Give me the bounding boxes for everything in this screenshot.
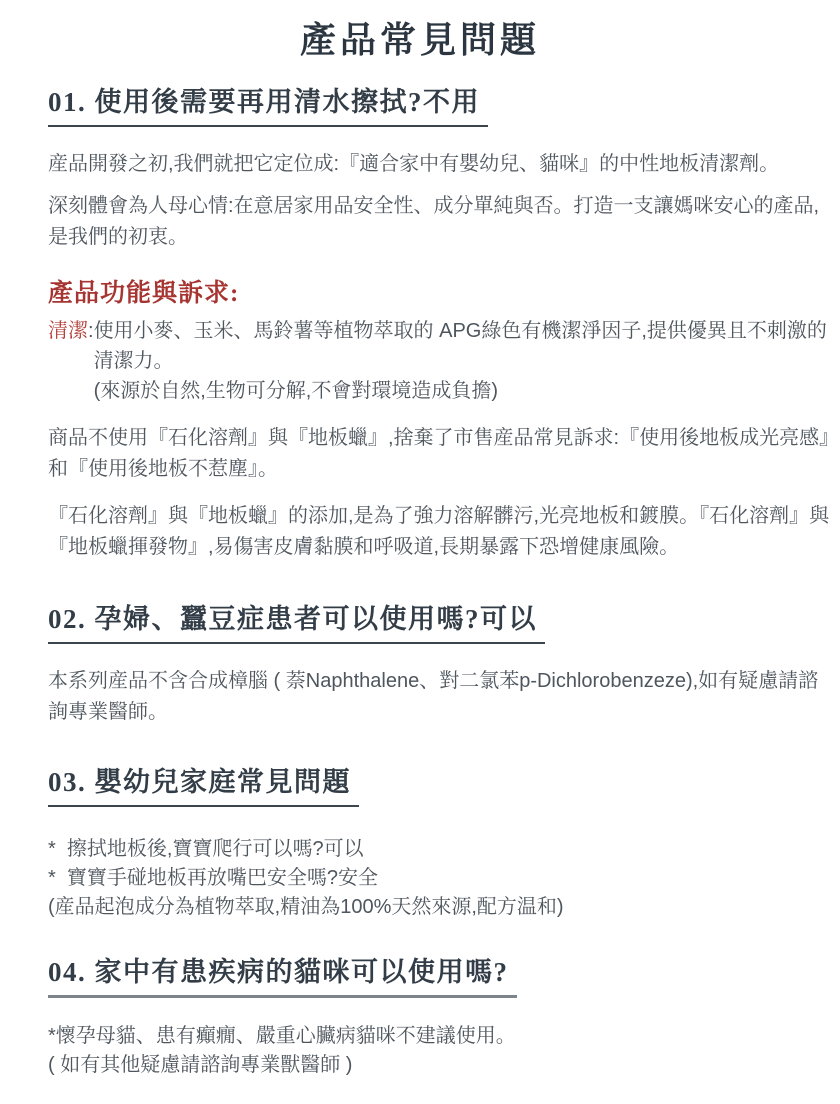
features-paragraph-2: 『石化溶劑』與『地板蠟』的添加,是為了強力溶解髒污,光亮地板和鍍膜。『石化溶劑』… bbox=[48, 501, 830, 563]
q3-heading: 03. 嬰幼兒家庭常見問題 bbox=[48, 766, 359, 807]
features-paragraph-1: 商品不使用『石化溶劑』與『地板蠟』,捨棄了市售産品常見訴求:『使用後地板成光亮感… bbox=[48, 423, 830, 485]
q3-bullet-1: * 擦拭地板後,寶寶爬行可以嗎?可以 bbox=[48, 835, 830, 864]
q4-bullet-1: *懷孕母貓、患有癲癇、嚴重心臟病貓咪不建議使用。 bbox=[48, 1022, 830, 1051]
q4-notes: *懷孕母貓、患有癲癇、嚴重心臟病貓咪不建議使用。 ( 如有其他疑慮請諮詢專業獸醫… bbox=[48, 1022, 830, 1080]
feature-clean-text: 使用小麥、玉米、馬鈴薯等植物萃取的 APG綠色有機潔淨因子,提供優異且不刺激的清… bbox=[94, 316, 830, 376]
feature-clean-row: 清潔 : 使用小麥、玉米、馬鈴薯等植物萃取的 APG綠色有機潔淨因子,提供優異且… bbox=[48, 316, 830, 406]
feature-clean-body: 使用小麥、玉米、馬鈴薯等植物萃取的 APG綠色有機潔淨因子,提供優異且不刺激的清… bbox=[94, 316, 830, 406]
section-q4: 04. 家中有患疾病的貓咪可以使用嗎? *懷孕母貓、患有癲癇、嚴重心臟病貓咪不建… bbox=[48, 956, 830, 1080]
q3-bullet-2: * 寶寶手碰地板再放嘴巴安全嗎?安全 bbox=[48, 864, 830, 893]
feature-clean-label: 清潔 bbox=[48, 316, 88, 406]
page-title: 產品常見問題 bbox=[0, 18, 840, 62]
section-q1: 01. 使用後需要再用清水擦拭?不用 産品開發之初,我們就把它定位成:『適合家中… bbox=[48, 86, 830, 563]
q2-paragraph-1: 本系列産品不含合成樟腦 ( 萘Naphthalene、對二氯苯p-Dichlor… bbox=[48, 666, 830, 728]
q4-heading-wrap: 04. 家中有患疾病的貓咪可以使用嗎? bbox=[48, 956, 830, 998]
q2-heading: 02. 孕婦、蠶豆症患者可以使用嗎?可以 bbox=[48, 603, 545, 644]
section-q2: 02. 孕婦、蠶豆症患者可以使用嗎?可以 本系列産品不含合成樟腦 ( 萘Naph… bbox=[48, 603, 830, 728]
q1-paragraph-1: 産品開發之初,我們就把它定位成:『適合家中有嬰幼兒、貓咪』的中性地板清潔劑。 bbox=[48, 149, 830, 180]
q3-heading-wrap: 03. 嬰幼兒家庭常見問題 bbox=[48, 766, 830, 807]
faq-document: 產品常見問題 01. 使用後需要再用清水擦拭?不用 産品開發之初,我們就把它定位… bbox=[0, 0, 840, 1104]
feature-clean-note: (來源於自然,生物可分解,不會對環境造成負擔) bbox=[94, 376, 830, 406]
features-heading: 產品功能與訴求: bbox=[48, 279, 830, 309]
q3-bullets: * 擦拭地板後,寶寶爬行可以嗎?可以 * 寶寶手碰地板再放嘴巴安全嗎?安全 (産… bbox=[48, 835, 830, 922]
q2-heading-wrap: 02. 孕婦、蠶豆症患者可以使用嗎?可以 bbox=[48, 603, 830, 644]
q4-note: ( 如有其他疑慮請諮詢專業獸醫師 ) bbox=[48, 1051, 830, 1080]
q1-heading: 01. 使用後需要再用清水擦拭?不用 bbox=[48, 86, 488, 127]
q3-note: (産品起泡成分為植物萃取,精油為100%天然來源,配方温和) bbox=[48, 893, 830, 922]
q1-heading-wrap: 01. 使用後需要再用清水擦拭?不用 bbox=[48, 86, 830, 127]
section-q3: 03. 嬰幼兒家庭常見問題 * 擦拭地板後,寶寶爬行可以嗎?可以 * 寶寶手碰地… bbox=[48, 766, 830, 922]
q4-heading: 04. 家中有患疾病的貓咪可以使用嗎? bbox=[48, 956, 517, 998]
q1-paragraph-2: 深刻體會為人母心情:在意居家用品安全性、成分單純與否。打造一支讓媽咪安心的產品,… bbox=[48, 191, 830, 253]
